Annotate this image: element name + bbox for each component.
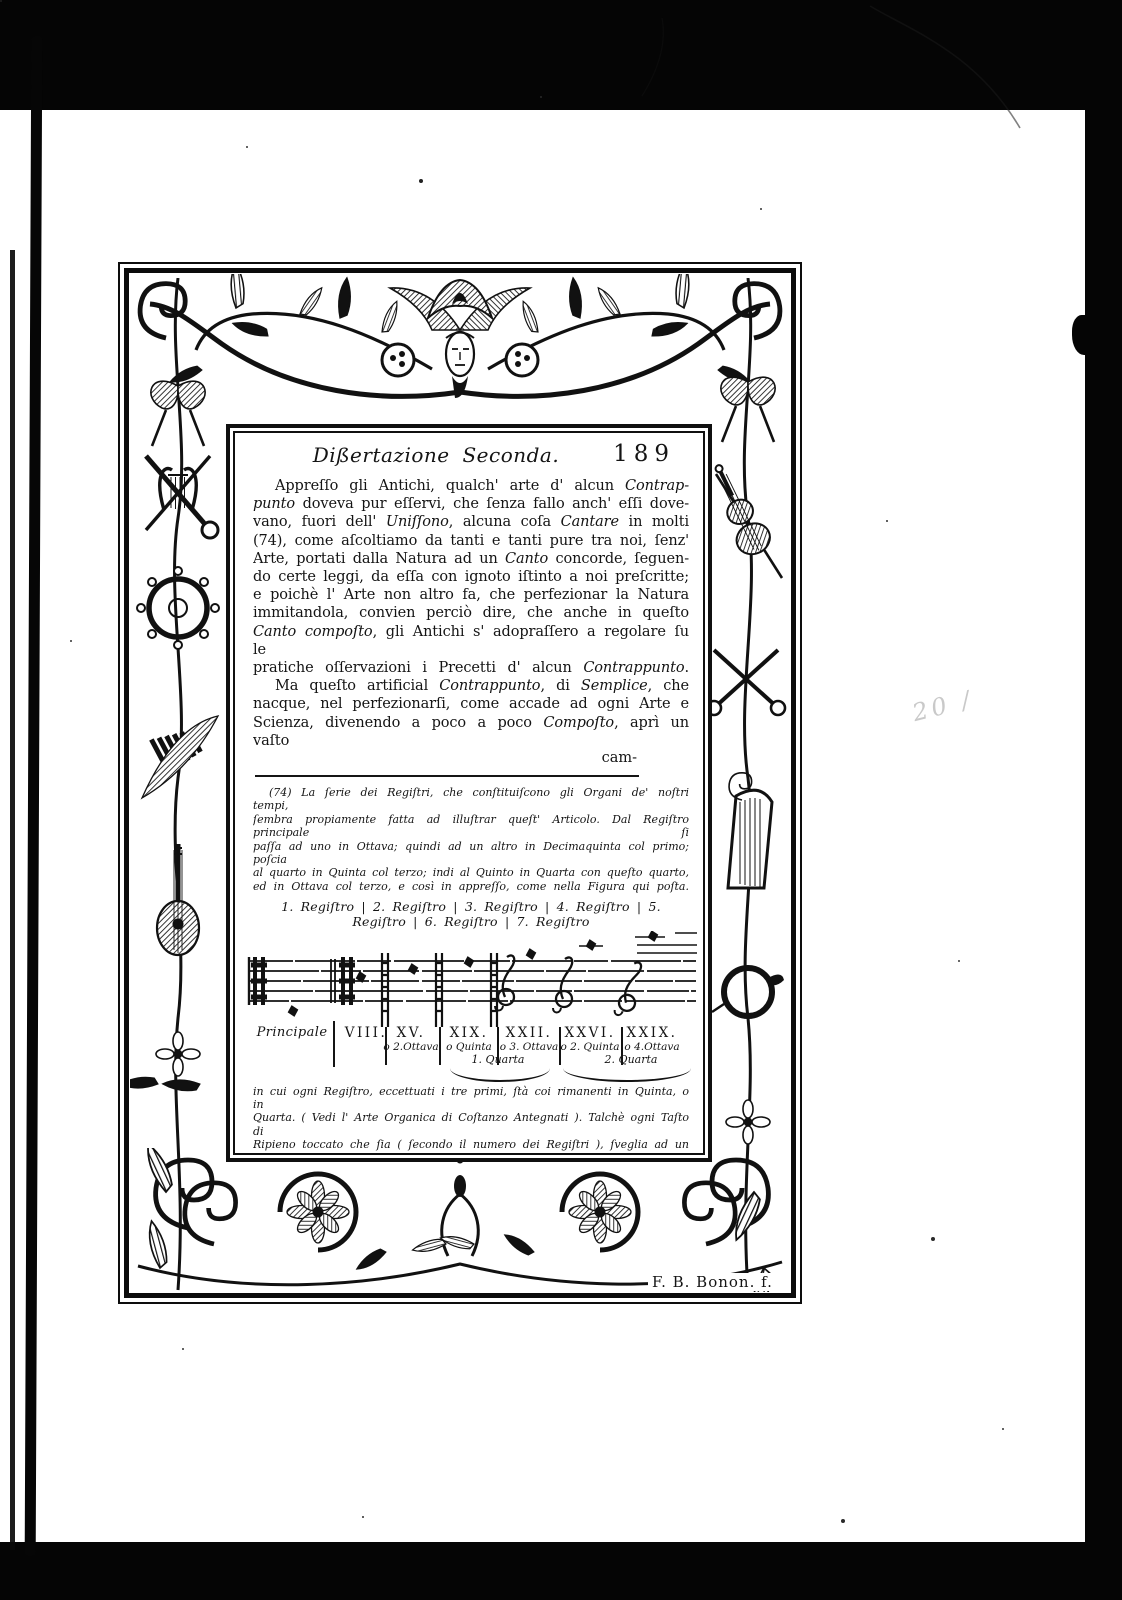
text-line: Ma queſto artificial Contrappunto, di Se… [253, 677, 689, 695]
right-ornament-trophy [702, 278, 794, 1292]
quarta-2-label: 2. Quarta [605, 1053, 658, 1066]
catchword: cam- [253, 750, 689, 767]
text-line: Canto compoſto, gli Antichi s' adopraſſe… [253, 623, 689, 659]
violin-and-bow-icon [702, 458, 782, 578]
scan-edge-right [1085, 0, 1122, 1600]
label-xix: XIX.o Quinta [446, 1025, 492, 1053]
text-panel: Dißertazione Seconda. 189 Appreſſo gli A… [226, 424, 712, 1162]
running-head: Dißertazione Seconda. 189 [253, 443, 689, 473]
ribbon-bow-icon [721, 377, 775, 442]
organ-registers-figure: Principale VIII. XV.o 2.Ottava XIX.o Qui… [245, 931, 697, 1083]
paragraph-2: Ma queſto artificial Contrappunto, di Se… [253, 677, 689, 750]
registri-header-row: 1. Regiſtro | 2. Regiſtro | 3. Regiſtro … [253, 899, 689, 929]
text-line: Arte, portati dalla Natura ad un Canto c… [253, 550, 689, 568]
label-divider [559, 1027, 561, 1065]
text-line: Ripieno toccato che ſia ( ſecondo il num… [253, 1138, 689, 1155]
scan-gutter-line-thin [10, 250, 15, 1550]
label-xxii: XXII.o 3. Ottava [500, 1025, 559, 1053]
text-line: immitandola, convien perciò dire, che an… [253, 604, 689, 622]
treble-clef [553, 958, 572, 1013]
ledger-lines [579, 933, 697, 953]
flower-spray [726, 1100, 770, 1144]
text-line: pratiche oſſervazioni i Precetti d' alcu… [253, 659, 689, 677]
paragraph-1: Appreſſo gli Antichi, qualch' arte d' al… [253, 477, 689, 677]
label-divider [385, 1027, 387, 1065]
label-xv: XV.o 2.Ottava [383, 1025, 438, 1053]
ribbon-bow-icon [151, 381, 205, 446]
text-line: ed in Ottava col terzo, e così in appreſ… [253, 880, 689, 893]
staff-lines [249, 957, 696, 1005]
text-line: Scienza, divenendo a poco a poco Compoſt… [253, 714, 689, 750]
quarta-1-label: 1. Quarta [472, 1053, 525, 1066]
rosette-wreath [280, 1174, 356, 1250]
text-line: Quarta. ( Vedi l' Arte Organica di Coſta… [253, 1111, 689, 1137]
lute-icon [157, 844, 199, 955]
text-line: al quarto in Quinta col terzo; indi al Q… [253, 866, 689, 879]
text-line: nacque, nel perfezionarſi, come accade a… [253, 695, 689, 713]
text-line: e poichè l' Arte non altro fa, che perfe… [253, 586, 689, 604]
vine-stem [175, 278, 182, 1290]
footnote-continuation: in cui ogni Regiſtro, eccettuati i tre p… [253, 1085, 689, 1155]
left-ornament-trophy [130, 278, 226, 1292]
ink-specks [0, 0, 2, 2]
label-divider [439, 1027, 441, 1065]
text-line: punto doveva pur eſſervi, che ſenza fall… [253, 495, 689, 513]
label-viii: VIII. [345, 1025, 388, 1041]
divider-ladder [436, 953, 442, 1027]
scan-gutter-line [25, 36, 43, 1556]
engraver-signature: F. B. Bonon. f. [648, 1273, 777, 1291]
divider-ladder [491, 953, 497, 1027]
pencil-annotation: 20 / [910, 685, 977, 727]
label-xxix: XXIX.o 4.Ottava [624, 1025, 679, 1053]
top-ornament-engraving [132, 274, 788, 424]
text-line: (74) La ſerie dei Regiſtri, che conſtitu… [253, 786, 689, 813]
tambourine-icon [137, 567, 219, 649]
text-panel-inner: Dißertazione Seconda. 189 Appreſſo gli A… [233, 431, 705, 1155]
footnote-rule [255, 775, 639, 777]
scan-edge-bottom [0, 1542, 1122, 1600]
scanned-book-page: Dißertazione Seconda. 189 Appreſſo gli A… [0, 0, 1122, 1600]
text-line: Appreſſo gli Antichi, qualch' arte d' al… [253, 477, 689, 495]
label-xxvi: XXVI.o 2. Quinta [561, 1025, 620, 1053]
divider-ladder [382, 953, 388, 1027]
text-line: in cui ogni Regiſtro, eccettuati i tre p… [253, 1085, 689, 1111]
label-divider [333, 1021, 335, 1067]
label-principale: Principale [257, 1025, 328, 1040]
text-line: (74), come aſcoltiamo da tanti e tanti p… [253, 532, 689, 550]
block-clef [251, 957, 267, 1005]
scan-edge-top [0, 0, 1122, 110]
center-cartouche [412, 1157, 478, 1264]
scan-edge-blemish [1072, 315, 1096, 355]
mask-face-engraving [428, 280, 492, 398]
harp-icon [728, 773, 772, 888]
text-line: vano, fuori dell' Uniſſono, alcuna coſa … [253, 513, 689, 531]
flower-spray [130, 1032, 201, 1104]
text-line: ſembra propiamente fatta ad illuſtrar qu… [253, 813, 689, 840]
page-number: 189 [613, 441, 675, 467]
text-line: paſſa ad uno in Ottava; quindi ad un alt… [253, 840, 689, 867]
text-line: do certe leggi, da eſſa con ignoto iſtin… [253, 568, 689, 586]
footnote-74: (74) La ſerie dei Regiſtri, che conſtitu… [253, 786, 689, 893]
block-clef [339, 957, 355, 1005]
treble-clef [614, 960, 642, 1017]
